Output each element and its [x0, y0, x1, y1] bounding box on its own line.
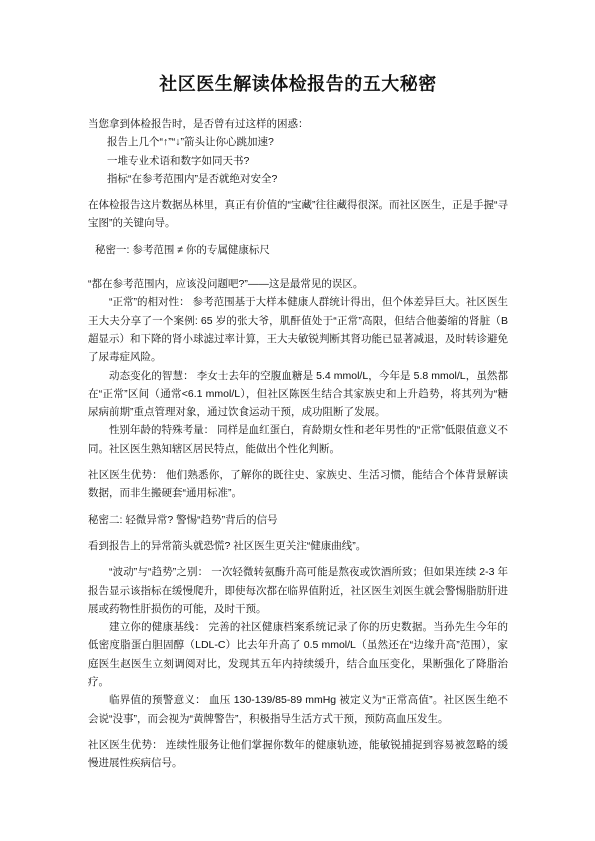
document-page: 社区医生解读体检报告的五大秘密 当您拿到体检报告时，是否曾有过这样的困惑：报告上… — [0, 0, 595, 841]
secret-two-point-1: “波动”与“趋势”之别： 一次轻微转氨酶升高可能是熬夜或饮酒所致；但如果连续 2… — [88, 563, 508, 618]
secret-one-intro: “都在参考范围内，应该没问题吧?”——这是最常见的误区。 — [88, 275, 508, 293]
secret-one-point-3: 性别年龄的特殊考量： 同样是血红蛋白，育龄期女性和老年男性的“正常”低限值意义不… — [88, 421, 508, 458]
document-content: 社区医生解读体检报告的五大秘密 当您拿到体检报告时，是否曾有过这样的困惑：报告上… — [88, 72, 508, 773]
intro-bullet-3: 指标“在参考范围内”是否就绝对安全? — [88, 170, 508, 188]
intro-bullet-2: 一堆专业术语和数字如同天书? — [88, 152, 508, 170]
intro-lead: 在体检报告这片数据丛林里，真正有价值的“宝藏”往往藏得很深。而社区医生，正是手握… — [88, 196, 508, 233]
secret-two-intro: 看到报告上的异常箭头就恐慌? 社区医生更关注“健康曲线”。 — [88, 537, 508, 555]
intro-bullet-1: 报告上几个“↑”“↓”箭头让你心跳加速? — [88, 133, 508, 151]
secret-two-point-3: 临界值的预警意义： 血压 130-139/85-89 mmHg 被定义为“正常高… — [88, 691, 508, 728]
secret-two-advantage: 社区医生优势： 连续性服务让他们掌握你数年的健康轨迹，能敏锐捕捉到容易被忽略的缓… — [88, 736, 508, 773]
secret-one-advantage: 社区医生优势： 他们熟悉你，了解你的既往史、家族史、生活习惯，能结合个体背景解读… — [88, 466, 508, 503]
secret-two-heading: 秘密二: 轻微异常? 警惕“趋势”背后的信号 — [88, 511, 508, 529]
document-title: 社区医生解读体检报告的五大秘密 — [88, 72, 508, 96]
document-body: 当您拿到体检报告时，是否曾有过这样的困惑：报告上几个“↑”“↓”箭头让你心跳加速… — [88, 115, 508, 773]
secret-one-heading: 秘密一: 参考范围 ≠ 你的专属健康标尺 — [88, 241, 508, 259]
secret-one-point-2: 动态变化的智慧： 李女士去年的空腹血糖是 5.4 mmol/L，今年是 5.8 … — [88, 367, 508, 422]
intro-question: 当您拿到体检报告时，是否曾有过这样的困惑： — [88, 115, 508, 133]
secret-one-point-1: “正常”的相对性： 参考范围基于大样本健康人群统计得出，但个体差异巨大。社区医生… — [88, 293, 508, 366]
secret-two-point-2: 建立你的健康基线： 完善的社区健康档案系统记录了你的历史数据。当孙先生今年的低密… — [88, 618, 508, 691]
